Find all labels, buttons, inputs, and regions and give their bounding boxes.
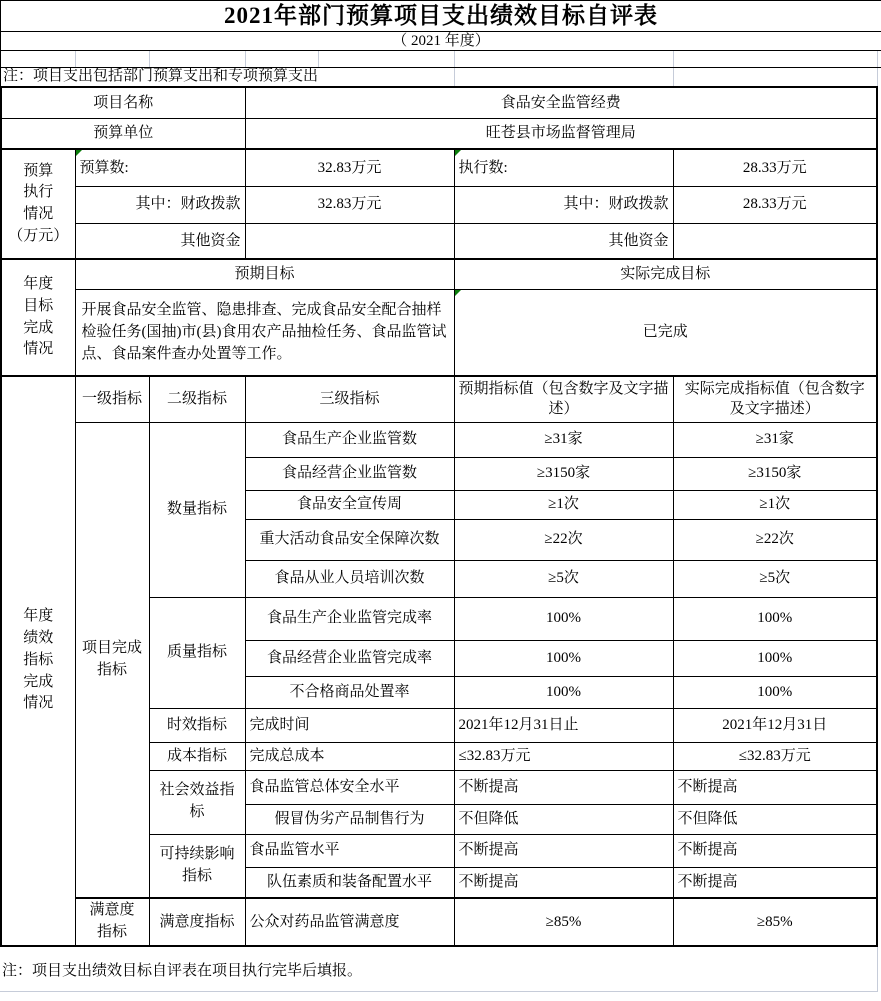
gridline <box>454 68 455 86</box>
expected-cell: ≥3150家 <box>454 457 673 490</box>
actual-cell: 不断提高 <box>673 867 877 898</box>
actual-cell: 不断提高 <box>673 770 877 804</box>
level2-timeliness: 时效指标 <box>149 708 245 742</box>
gridline <box>877 68 878 86</box>
budget-unit-row: 预算单位 旺苍县市场监督管理局 <box>1 118 877 149</box>
budget-unit-value: 旺苍县市场监督管理局 <box>245 118 877 149</box>
actual-cell: 100% <box>673 597 877 640</box>
level2-cost: 成本指标 <box>149 742 245 770</box>
other-funds-label: 其他资金 <box>75 223 245 259</box>
expected-cell: ≥5次 <box>454 560 673 597</box>
l3-cell: 食品生产企业监管完成率 <box>245 597 454 640</box>
l3-cell: 食品经营企业监管数 <box>245 457 454 490</box>
gridline <box>877 947 878 992</box>
gridline <box>245 51 246 67</box>
expected-cell: ≥85% <box>454 898 673 946</box>
expected-goal-header: 预期目标 <box>75 259 454 289</box>
gridline <box>0 991 878 992</box>
cell-corner-marker-icon <box>455 290 461 296</box>
title-block: 2021年部门预算项目支出绩效目标自评表 （ 2021 年度） 注：项目支出包括… <box>0 0 881 86</box>
gridline <box>877 51 878 67</box>
actual-cell: ≥31家 <box>673 422 877 457</box>
expected-goal-text: 开展食品安全监管、隐患排查、完成食品安全配合抽样检验任务(国抽)市(县)食用农产… <box>75 289 454 376</box>
level2-header: 二级指标 <box>149 376 245 422</box>
expected-cell: 100% <box>454 640 673 676</box>
project-name-label: 项目名称 <box>1 87 245 118</box>
actual-value-header: 实际完成指标值（包含数字及文字描述） <box>673 376 877 422</box>
gridline <box>149 51 150 67</box>
indicator-row: 项目完成 指标 数量指标 食品生产企业监管数 ≥31家 ≥31家 <box>1 422 877 457</box>
level2-quality: 质量指标 <box>149 597 245 708</box>
level2-quantity: 数量指标 <box>149 422 245 597</box>
bottom-note-area: 注：项目支出绩效目标自评表在项目执行完毕后填报。 <box>0 947 881 1001</box>
project-name-row: 项目名称 食品安全监管经费 <box>1 87 877 118</box>
gridline <box>673 51 674 67</box>
indicator-header-row: 年度 绩效 指标 完成 情况 一级指标 二级指标 三级指标 预期指标值（包含数字… <box>1 376 877 422</box>
level1-satisfaction: 满意度 指标 <box>75 898 149 946</box>
expected-value-header: 预期指标值（包含数字及文字描述） <box>454 376 673 422</box>
actual-cell: ≥85% <box>673 898 877 946</box>
actual-cell: ≥1次 <box>673 490 877 519</box>
actual-cell: ≤32.83万元 <box>673 742 877 770</box>
evaluation-table: 项目名称 食品安全监管经费 预算单位 旺苍县市场监督管理局 预算 执行 情况 （… <box>0 86 878 947</box>
l3-cell: 完成总成本 <box>245 742 454 770</box>
budget-evaluation-sheet: 2021年部门预算项目支出绩效目标自评表 （ 2021 年度） 注：项目支出包括… <box>0 0 881 997</box>
cell-corner-marker-icon <box>455 150 461 156</box>
l3-cell: 完成时间 <box>245 708 454 742</box>
expected-cell: 100% <box>454 597 673 640</box>
l3-cell: 重大活动食品安全保障次数 <box>245 519 454 560</box>
project-name-value: 食品安全监管经费 <box>245 87 877 118</box>
level1-project-completion: 项目完成 指标 <box>75 422 149 898</box>
l3-cell: 公众对药品监管满意度 <box>245 898 454 946</box>
expected-cell: ≥1次 <box>454 490 673 519</box>
l3-cell: 食品生产企业监管数 <box>245 422 454 457</box>
actual-cell: 100% <box>673 640 877 676</box>
l3-cell: 假冒伪劣产品制售行为 <box>245 804 454 834</box>
top-note-text: 注：项目支出包括部门预算支出和专项预算支出 <box>3 68 318 84</box>
other-funds-exec-label: 其他资金 <box>454 223 673 259</box>
fiscal-allocation-row: 其中：财政拨款 32.83万元 其中：财政拨款 28.33万元 <box>1 186 877 223</box>
goal-header-row: 年度 目标 完成 情况 预期目标 实际完成目标 <box>1 259 877 289</box>
goal-content-row: 开展食品安全监管、隐患排查、完成食品安全配合抽样检验任务(国抽)市(县)食用农产… <box>1 289 877 376</box>
expected-cell: 不但降低 <box>454 804 673 834</box>
budget-amount-value: 32.83万元 <box>245 149 454 186</box>
fiscal-allocation-exec-label: 其中：财政拨款 <box>454 186 673 223</box>
execution-amount-label: 执行数: <box>454 149 673 186</box>
l3-cell: 食品监管水平 <box>245 834 454 867</box>
level1-header: 一级指标 <box>75 376 149 422</box>
actual-goal-text: 已完成 <box>454 289 877 376</box>
level3-header: 三级指标 <box>245 376 454 422</box>
budget-row: 预算 执行 情况 （万元） 预算数: 32.83万元 执行数: 28.33万元 <box>1 149 877 186</box>
other-funds-row: 其他资金 其他资金 <box>1 223 877 259</box>
actual-cell: 不但降低 <box>673 804 877 834</box>
actual-cell: 2021年12月31日 <box>673 708 877 742</box>
gridline <box>318 51 319 67</box>
budget-unit-label: 预算单位 <box>1 118 245 149</box>
budget-amount-label: 预算数: <box>75 149 245 186</box>
expected-cell: ≥22次 <box>454 519 673 560</box>
actual-cell: 不断提高 <box>673 834 877 867</box>
actual-cell: 100% <box>673 676 877 708</box>
goal-section-label: 年度 目标 完成 情况 <box>1 259 75 376</box>
level2-satisfaction: 满意度指标 <box>149 898 245 946</box>
fiscal-allocation-value: 32.83万元 <box>245 186 454 223</box>
actual-cell: ≥5次 <box>673 560 877 597</box>
spacer-row <box>1 51 881 68</box>
other-funds-value <box>245 223 454 259</box>
expected-cell: 不断提高 <box>454 834 673 867</box>
page-title: 2021年部门预算项目支出绩效目标自评表 <box>1 1 881 32</box>
expected-cell: 不断提高 <box>454 770 673 804</box>
budget-section-label: 预算 执行 情况 （万元） <box>1 149 75 259</box>
expected-cell: 2021年12月31日止 <box>454 708 673 742</box>
expected-cell: 不断提高 <box>454 867 673 898</box>
l3-cell: 食品从业人员培训次数 <box>245 560 454 597</box>
execution-amount-value: 28.33万元 <box>673 149 877 186</box>
other-funds-exec-value <box>673 223 877 259</box>
actual-cell: ≥3150家 <box>673 457 877 490</box>
year-subtitle: （ 2021 年度） <box>1 32 881 51</box>
expected-cell: ≥31家 <box>454 422 673 457</box>
fiscal-allocation-label: 其中：财政拨款 <box>75 186 245 223</box>
actual-goal-header: 实际完成目标 <box>454 259 877 289</box>
l3-cell: 不合格商品处置率 <box>245 676 454 708</box>
l3-cell: 食品监管总体安全水平 <box>245 770 454 804</box>
level2-sustainable-impact: 可持续影响 指标 <box>149 834 245 898</box>
l3-cell: 食品安全宣传周 <box>245 490 454 519</box>
satisfaction-row: 满意度 指标 满意度指标 公众对药品监管满意度 ≥85% ≥85% <box>1 898 877 946</box>
l3-cell: 队伍素质和装备配置水平 <box>245 867 454 898</box>
fiscal-allocation-exec-value: 28.33万元 <box>673 186 877 223</box>
cell-corner-marker-icon <box>76 150 82 156</box>
indicator-section-label: 年度 绩效 指标 完成 情况 <box>1 376 75 946</box>
bottom-note-text: 注：项目支出绩效目标自评表在项目执行完毕后填报。 <box>2 959 362 980</box>
gridline <box>454 51 455 67</box>
l3-cell: 食品经营企业监管完成率 <box>245 640 454 676</box>
expected-cell: ≤32.83万元 <box>454 742 673 770</box>
level2-social-benefit: 社会效益指 标 <box>149 770 245 834</box>
actual-cell: ≥22次 <box>673 519 877 560</box>
top-note: 注：项目支出包括部门预算支出和专项预算支出 <box>1 68 881 86</box>
gridline <box>673 68 674 86</box>
expected-cell: 100% <box>454 676 673 708</box>
gridline <box>75 51 76 67</box>
